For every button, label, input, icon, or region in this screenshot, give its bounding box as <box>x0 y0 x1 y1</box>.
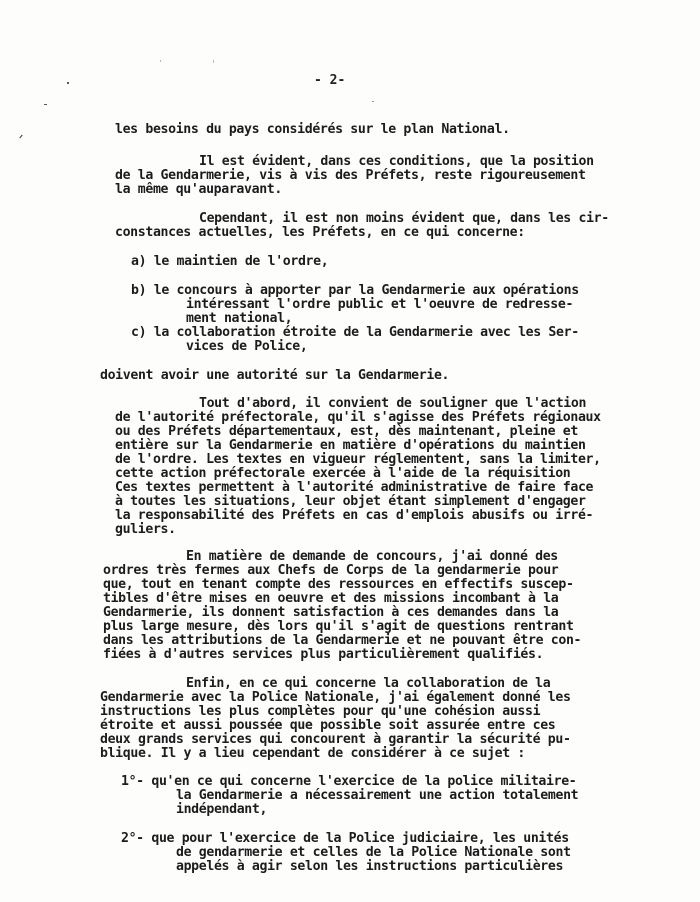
list-item-b: b) le concours à apporter par la Gendarm… <box>131 284 579 298</box>
text-line: indépendant, <box>176 803 267 817</box>
margin-mark <box>19 135 22 139</box>
list-item-c: c) la collaboration étroite de la Gendar… <box>131 326 579 340</box>
text-line: fiées à d'autres services plus particuli… <box>103 648 543 662</box>
numbered-item-1: 1°- qu'en ce qui concerne l'exercice de … <box>121 775 576 789</box>
scan-speck <box>160 60 161 62</box>
text-line: plus large mesure, dès lors qu'il s'agit… <box>103 620 574 634</box>
text-line: la même qu'auparavant. <box>115 183 282 197</box>
text-line: cette action préfectorale exercée à l'ai… <box>115 467 570 481</box>
text-line: doivent avoir une autorité sur la Gendar… <box>100 369 449 383</box>
text-line: la Gendarmerie a nécessairement une acti… <box>176 789 578 803</box>
scan-speck <box>44 104 47 105</box>
text-line: entière sur la Gendarmerie en matière d'… <box>115 439 586 453</box>
text-line: Cependant, il est non moins évident que,… <box>199 212 609 226</box>
scan-speck <box>213 60 214 63</box>
document-page: - 2- les besoins du pays considérés sur … <box>0 0 700 902</box>
text-line: Gendarmerie, ils donnent satisfaction à … <box>103 606 558 620</box>
text-line: que, tout en tenant compte des ressource… <box>103 578 574 592</box>
text-line: de l'autorité préfectorale, qu'il s'agis… <box>115 411 601 425</box>
text-line: appelés à agir selon les instructions pa… <box>176 860 563 874</box>
text-line: de l'ordre. Les textes en vigueur réglem… <box>115 453 601 467</box>
text-line: intéressant l'ordre public et l'oeuvre d… <box>186 298 573 312</box>
list-item-a: a) le maintien de l'ordre, <box>131 255 328 269</box>
page-number: - 2- <box>314 73 345 88</box>
text-line: Enfin, en ce qui concerne la collaborati… <box>186 677 550 691</box>
text-line: les besoins du pays considérés sur le pl… <box>115 123 510 137</box>
text-line: constances actuelles, les Préfets, en ce… <box>115 226 525 240</box>
text-line: étroite et aussi poussée que possible so… <box>100 719 555 733</box>
text-line: de la Gendarmerie, vis à vis des Préfets… <box>115 169 586 183</box>
text-line: ou des Préfets départementaux, est, dès … <box>115 425 578 439</box>
text-line: vices de Police, <box>186 340 307 354</box>
text-line: à toutes les situations, leur objet étan… <box>115 495 586 509</box>
scan-speck <box>372 101 374 102</box>
text-line: ment national, <box>186 312 292 326</box>
text-line: Gendarmerie avec la Police Nationale, j'… <box>100 691 571 705</box>
text-line: Tout d'abord, il convient de souligner q… <box>199 397 586 411</box>
text-line: la responsabilité des Préfets en cas d'e… <box>115 509 593 523</box>
text-line: dans les attributions de la Gendarmerie … <box>103 634 581 648</box>
text-line: Il est évident, dans ces conditions, que… <box>199 155 594 169</box>
text-line: ordres très fermes aux Chefs de Corps de… <box>103 564 558 578</box>
text-line: instructions les plus complètes pour qu'… <box>100 705 540 719</box>
text-line: de gendarmerie et celles de la Police Na… <box>176 846 571 860</box>
text-line: tibles d'être mises en oeuvre et des mis… <box>103 592 558 606</box>
text-line: blique. Il y a lieu cependant de considé… <box>100 747 525 761</box>
text-line: En matière de demande de concours, j'ai … <box>186 550 558 564</box>
scan-speck <box>67 82 69 84</box>
numbered-item-2: 2°- que pour l'exercice de la Police jud… <box>121 832 569 846</box>
text-line: Ces textes permettent à l'autorité admin… <box>115 481 593 495</box>
text-line: guliers. <box>115 523 176 537</box>
text-line: deux grands services qui concourent à ga… <box>100 733 571 747</box>
